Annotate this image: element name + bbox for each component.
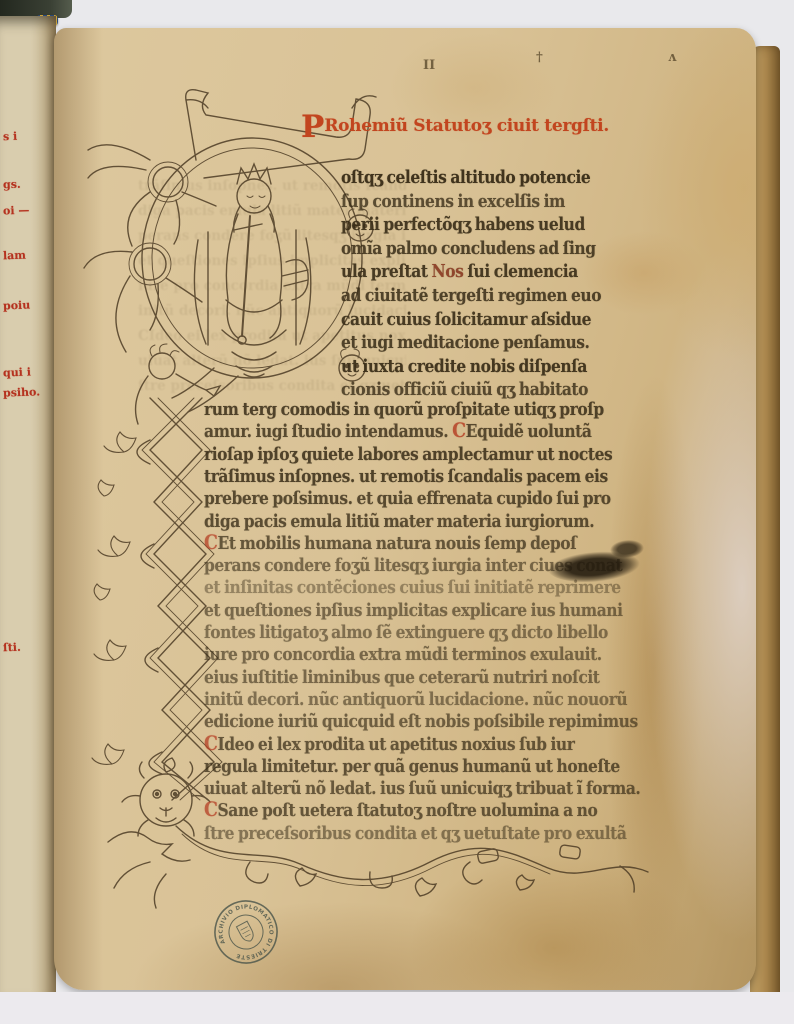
text-segment: Et mobilis humana natura nouis ſemp depo…	[217, 532, 576, 553]
archive-stamp: ARCHIVIO DIPLOMATICO DI TRIESTE	[204, 890, 288, 974]
text-segment: regula limitetur. per quã genus humanũ u…	[204, 755, 620, 776]
paragraph-mark: C	[204, 532, 217, 554]
folio-mark: †	[536, 50, 543, 65]
folio-mark: II	[423, 58, 435, 73]
text-segment: ſtre preceſsoribus condita et qʒ uetuſta…	[204, 822, 626, 843]
margin-note: ſti.	[3, 641, 21, 655]
margin-note: s i	[3, 130, 18, 143]
text-segment: amur. iugi ſtudio intendamus.	[204, 420, 452, 441]
text-segment: cauit cuius ſolicitamur aſsidue	[341, 308, 591, 329]
text-line: omĩa palmo concludens ad ſing	[341, 237, 596, 258]
angel-figure	[84, 243, 202, 352]
text-line: iure pro concordia extra mũdi terminos e…	[204, 643, 602, 664]
text-segment: Equidẽ uoluntã	[466, 420, 592, 441]
text-segment: trãſimus inſopnes. ut remotis ſcandalis …	[204, 465, 608, 486]
text-segment: prebere poſsimus. et quia effrenata cupi…	[204, 487, 611, 508]
text-segment: cionis officiũ ciuiũ qʒ habitato	[341, 378, 588, 399]
text-segment: ad ciuitatẽ tergeſti regimen euo	[341, 284, 601, 305]
text-line: perii perfectõqʒ habens uelud	[341, 213, 585, 234]
text-line: uiuat alterũ nõ ledat. ius ſuũ unicuiqʒ …	[204, 777, 640, 798]
text-segment: edicione iuriũ quicquid eſt nobis poſsib…	[204, 710, 638, 731]
text-line: initũ decori. nũc antiquorũ lucidacione.…	[204, 688, 627, 709]
margin-note: lam	[3, 249, 26, 263]
text-line: regula limitetur. per quã genus humanũ u…	[204, 755, 620, 776]
text-line: et inſinitas contẽciones cuius ſui initi…	[204, 576, 621, 597]
harp	[282, 260, 308, 300]
text-segment: et inſinitas contẽciones cuius ſui initi…	[204, 576, 621, 597]
dragon-creature	[108, 832, 190, 861]
trefoil-leaves	[92, 432, 136, 764]
crown	[237, 164, 271, 184]
paragraph-mark: C	[452, 420, 465, 442]
text-line: prebere poſsimus. et quia effrenata cupi…	[204, 487, 611, 508]
text-line: rum terg comodis in quorũ proſpitate uti…	[204, 398, 604, 419]
text-line: cauit cuius ſolicitamur aſsidue	[341, 308, 591, 329]
text-line: diga pacis emula litiũ mater materia iur…	[204, 510, 594, 531]
text-line: ad ciuitatẽ tergeſti regimen euo	[341, 284, 601, 305]
margin-note: gs.	[3, 178, 21, 192]
paragraph-mark: C	[204, 799, 217, 821]
text-line: ut iuxta credite nobis diſpenſa	[341, 355, 587, 376]
text-line: CSane poſt uetera ſtatutoʒ noſtre uolumi…	[204, 799, 597, 821]
text-line: ſtre preceſsoribus condita et qʒ uetuſta…	[204, 822, 626, 843]
historiated-initial-miniature	[142, 138, 362, 378]
margin-note: poiu	[3, 299, 31, 313]
text-segment: et queſtiones ipſius implicitas explicar…	[204, 599, 623, 620]
margin-note: qui i	[3, 366, 31, 380]
text-line: ſup continens in excelſis im	[341, 190, 565, 211]
text-line: CEt mobilis humana natura nouis ſemp dep…	[204, 532, 576, 554]
text-segment: omĩa palmo concludens ad ſing	[341, 237, 596, 258]
text-line: trãſimus inſopnes. ut remotis ſcandalis …	[204, 465, 608, 486]
text-line: cionis officiũ ciuiũ qʒ habitato	[341, 378, 588, 399]
text-segment: ut iuxta credite nobis diſpenſa	[341, 355, 587, 376]
text-line: rioſap ipſoʒ quiete labores amplectamur …	[204, 443, 612, 464]
text-line: et queſtiones ipſius implicitas explicar…	[204, 599, 623, 620]
photo-background	[0, 992, 794, 1024]
paragraph-mark: C	[204, 733, 217, 755]
text-line: CIdeo ei lex prodita ut apetitus noxius …	[204, 733, 574, 755]
text-segment: perii perfectõqʒ habens uelud	[341, 213, 585, 234]
angel-figure	[88, 145, 216, 246]
stamp-shield	[236, 921, 256, 943]
text-segment: diga pacis emula litiũ mater materia iur…	[204, 510, 594, 531]
sword	[234, 216, 262, 344]
text-segment: ſui clemencia	[463, 260, 577, 281]
text-segment: oſtqʒ celeſtis altitudo potencie	[341, 166, 590, 187]
text-segment: eius iuſtitie liminibus que ceterarũ nut…	[204, 666, 600, 687]
text-segment: et iugi meditacione penſamus.	[341, 331, 590, 352]
text-segment: iure pro concordia extra mũdi terminos e…	[204, 643, 602, 664]
text-segment: Nos	[432, 260, 464, 281]
rubric-heading: PRohemiũ Statutoʒ ciuit tergſti.	[301, 116, 609, 137]
margin-note: oi —	[3, 204, 30, 218]
text-segment: fontes litigatoʒ almo ſẽ extinguere qʒ d…	[204, 621, 608, 642]
rubric-initial: P	[301, 109, 324, 145]
text-segment: Ideo ei lex prodita ut apetitus noxius ſ…	[217, 733, 574, 754]
margin-note: psiho.	[3, 385, 40, 399]
text-segment: initũ decori. nũc antiquorũ lucidacione.…	[204, 688, 627, 709]
text-line: amur. iugi ſtudio intendamus. CEquidẽ uo…	[204, 420, 591, 442]
text-segment: ſup continens in excelſis im	[341, 190, 565, 211]
folio-mark: ʌ	[668, 50, 676, 65]
rubric-text: Rohemiũ Statutoʒ ciuit tergſti.	[324, 116, 609, 136]
text-line: fontes litigatoʒ almo ſẽ extinguere qʒ d…	[204, 621, 608, 642]
text-segment: uiuat alterũ nõ ledat. ius ſuũ unicuiqʒ …	[204, 777, 640, 798]
text-segment: ula preſtat	[341, 260, 432, 281]
manuscript-photo: { "document": { "kind": "illuminated-man…	[0, 0, 794, 1024]
text-segment: rioſap ipſoʒ quiete labores amplectamur …	[204, 443, 612, 464]
text-line: edicione iuriũ quicquid eſt nobis poſsib…	[204, 710, 638, 731]
text-segment: Sane poſt uetera ſtatutoʒ noſtre uolumin…	[217, 799, 597, 820]
text-line: et iugi meditacione penſamus.	[341, 331, 590, 352]
text-line: oſtqʒ celeſtis altitudo potencie	[341, 166, 590, 187]
text-line: ula preſtat Nos ſui clemencia	[341, 260, 578, 281]
text-segment: rum terg comodis in quorũ proſpitate uti…	[204, 398, 604, 419]
text-line: eius iuſtitie liminibus que ceterarũ nut…	[204, 666, 600, 687]
